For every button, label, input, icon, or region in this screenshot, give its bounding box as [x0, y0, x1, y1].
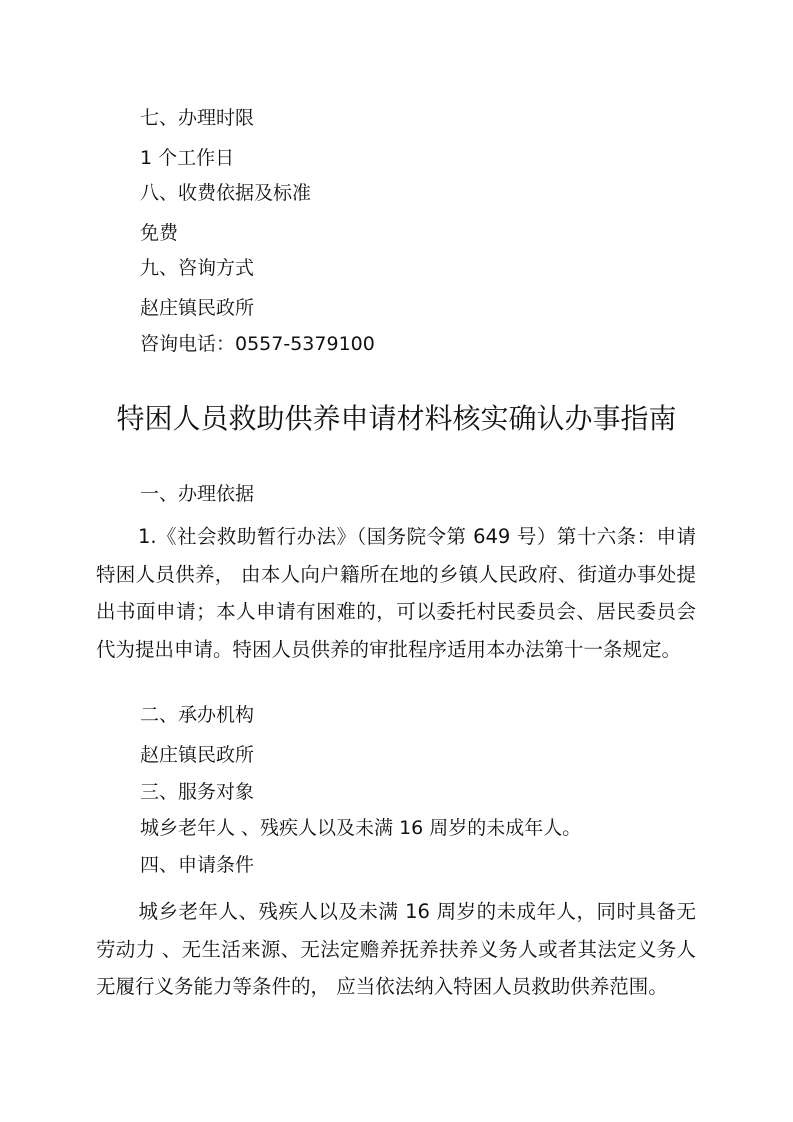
guide-section-1-heading: 一、办理依据 [140, 482, 254, 506]
section-8-heading: 八、收费依据及标准 [140, 181, 311, 205]
section-8-value: 免费 [140, 221, 178, 245]
guide-section-1-text: 1.《社会救助暂行办法》（国务院令第 649 号）第十六条：申请特困人员供养， … [96, 518, 696, 668]
section-9-org: 赵庄镇民政所 [140, 296, 254, 320]
guide-section-4-text: 城乡老年人、残疾人以及未满 16 周岁的未成年人，同时具备无劳动力 、无生活来源… [96, 893, 696, 1006]
guide-section-3-heading: 三、服务对象 [140, 780, 254, 804]
section-9-phone: 咨询电话：0557-5379100 [140, 332, 375, 356]
guide-section-3-value: 城乡老年人 、残疾人以及未满 16 周岁的未成年人。 [140, 816, 581, 840]
guide-section-1-body: 1.《社会救助暂行办法》（国务院令第 649 号）第十六条：申请特困人员供养， … [96, 525, 696, 661]
section-9-heading: 九、咨询方式 [140, 256, 254, 280]
guide-section-4-heading: 四、申请条件 [140, 853, 254, 877]
section-7-heading: 七、办理时限 [140, 106, 254, 130]
guide-section-2-heading: 二、承办机构 [140, 703, 254, 727]
guide-title: 特困人员救助供养申请材料核实确认办事指南 [0, 402, 793, 436]
guide-section-2-value: 赵庄镇民政所 [140, 743, 254, 767]
guide-section-4-body: 城乡老年人、残疾人以及未满 16 周岁的未成年人，同时具备无劳动力 、无生活来源… [96, 900, 696, 998]
section-7-value: 1 个工作日 [140, 146, 234, 170]
